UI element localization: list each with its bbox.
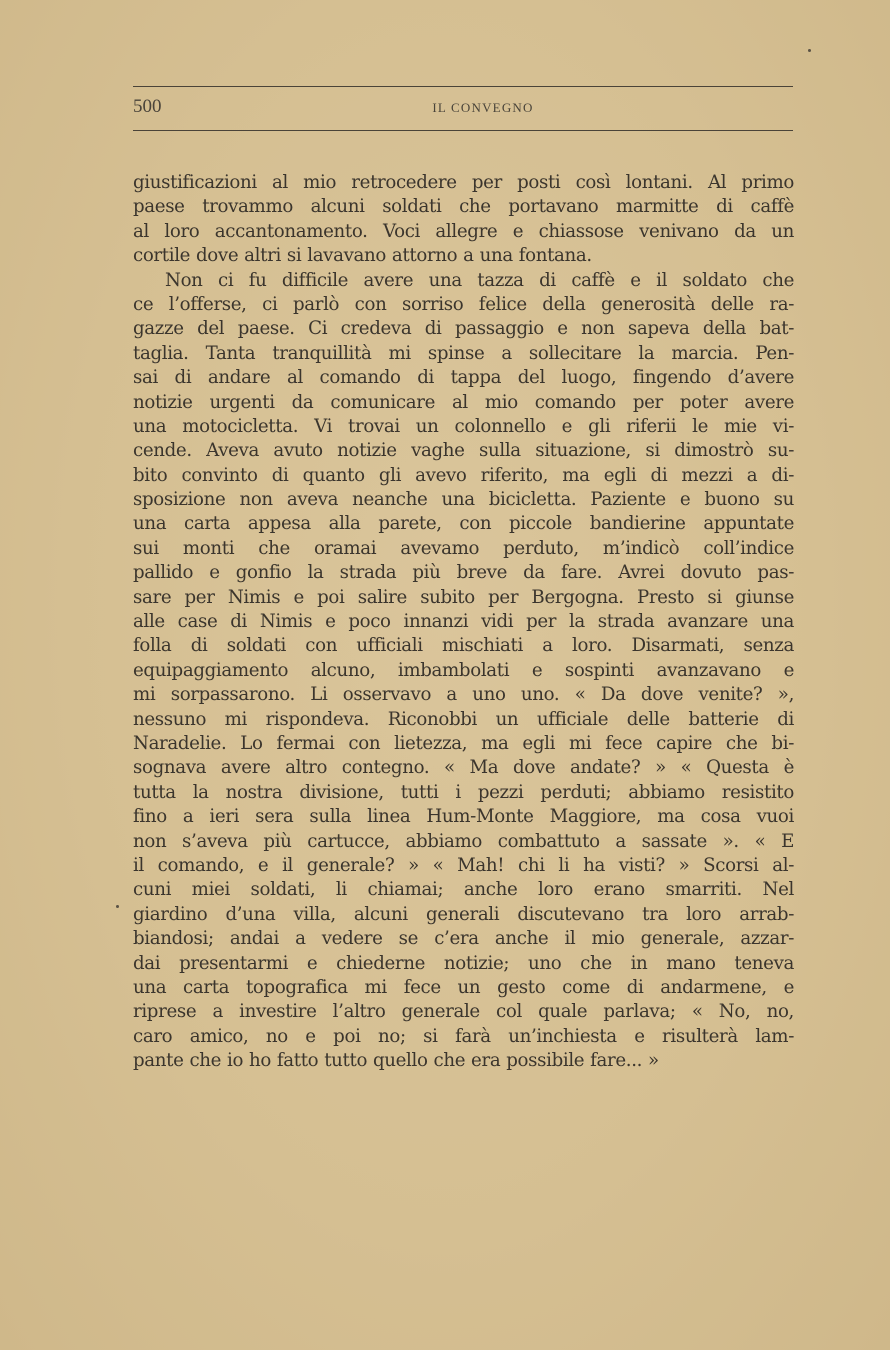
text-line: mi sorpassarono. Li osservavo a uno uno.… [133, 683, 794, 707]
text-line: nessuno mi rispondeva. Riconobbi un uffi… [133, 708, 794, 732]
text-line: al loro accantonamento. Voci allegre e c… [133, 220, 794, 244]
body-text: giustificazioni al mio retrocedere per p… [133, 171, 794, 1073]
text-line: cortile dove altri si lavavano attorno a… [133, 244, 794, 268]
text-line: sognava avere altro contegno. « Ma dove … [133, 756, 794, 780]
scanned-page: 500 IL CONVEGNO giustificazioni al mio r… [0, 0, 890, 1350]
text-line: ce l’offerse, ci parlò con sorriso felic… [133, 293, 794, 317]
text-line: sai di andare al comando di tappa del lu… [133, 366, 794, 390]
text-line: notizie urgenti da comunicare al mio com… [133, 391, 794, 415]
text-line: folla di soldati con ufficiali mischiati… [133, 634, 794, 658]
text-line: una motocicletta. Vi trovai un colonnell… [133, 415, 794, 439]
header-rule-top [133, 86, 793, 87]
text-line: gazze del paese. Ci credeva di passaggio… [133, 317, 794, 341]
text-line: Non ci fu difficile avere una tazza di c… [133, 269, 794, 293]
text-line: Naradelie. Lo fermai con lietezza, ma eg… [133, 732, 794, 756]
text-line: bito convinto di quanto gli avevo riferi… [133, 464, 794, 488]
text-line: sposizione non aveva neanche una bicicle… [133, 488, 794, 512]
text-line: cende. Aveva avuto notizie vaghe sulla s… [133, 439, 794, 463]
text-line: paese trovammo alcuni soldati che portav… [133, 195, 794, 219]
header-rule-bottom [133, 130, 793, 131]
scan-speck [116, 905, 119, 908]
text-line: biandosi; andai a vedere se c’era anche … [133, 927, 794, 951]
text-line: sui monti che oramai avevamo perduto, m’… [133, 537, 794, 561]
text-line: taglia. Tanta tranquillità mi spinse a s… [133, 342, 794, 366]
text-line: il comando, e il generale? » « Mah! chi … [133, 854, 794, 878]
running-header: 500 IL CONVEGNO [133, 96, 793, 122]
text-line: non s’aveva più cartucce, abbiamo combat… [133, 830, 794, 854]
text-line: fino a ieri sera sulla linea Hum-Monte M… [133, 805, 794, 829]
text-line: tutta la nostra divisione, tutti i pezzi… [133, 781, 794, 805]
text-line: alle case di Nimis e poco innanzi vidi p… [133, 610, 794, 634]
text-line: riprese a investire l’altro generale col… [133, 1000, 794, 1024]
text-line: dai presentarmi e chiederne notizie; uno… [133, 952, 794, 976]
text-line: pallido e gonfio la strada più breve da … [133, 561, 794, 585]
text-line: equipaggiamento alcuno, imbambolati e so… [133, 659, 794, 683]
text-line: una carta appesa alla parete, con piccol… [133, 512, 794, 536]
text-line: caro amico, no e poi no; si farà un’inch… [133, 1025, 794, 1049]
running-title: IL CONVEGNO [133, 100, 793, 116]
text-line: giardino d’una villa, alcuni generali di… [133, 903, 794, 927]
text-line: pante che io ho fatto tutto quello che e… [133, 1049, 794, 1073]
scan-speck [808, 49, 811, 52]
text-line: cuni miei soldati, li chiamai; anche lor… [133, 878, 794, 902]
text-line: sare per Nimis e poi salire subito per B… [133, 586, 794, 610]
text-line: una carta topografica mi fece un gesto c… [133, 976, 794, 1000]
text-line: giustificazioni al mio retrocedere per p… [133, 171, 794, 195]
